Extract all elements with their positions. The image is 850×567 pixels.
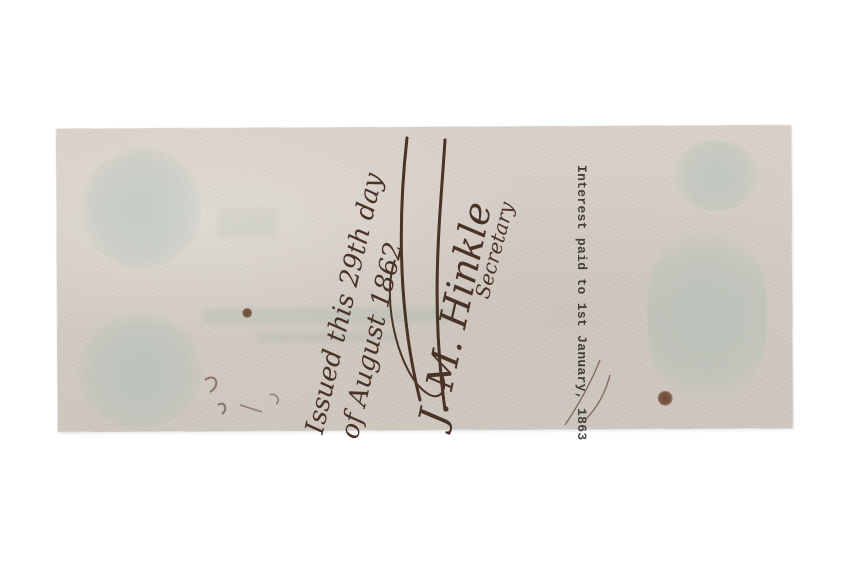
photo-stage: Interest paid to 1st January, 1863 Issue…: [0, 0, 850, 567]
bleed-through-vignette-top-right: [671, 140, 761, 210]
bleed-through-portrait-right: [647, 225, 768, 406]
stain-spot-right: [658, 391, 673, 406]
interest-paid-stamp: Interest paid to 1st January, 1863: [567, 165, 589, 405]
bleed-through-vignette-top-left: [81, 148, 202, 269]
bleed-through-text-band-3: [217, 208, 277, 238]
bleed-through-vignette-bottom-left: [77, 313, 203, 429]
stain-spot-left: [242, 308, 252, 318]
